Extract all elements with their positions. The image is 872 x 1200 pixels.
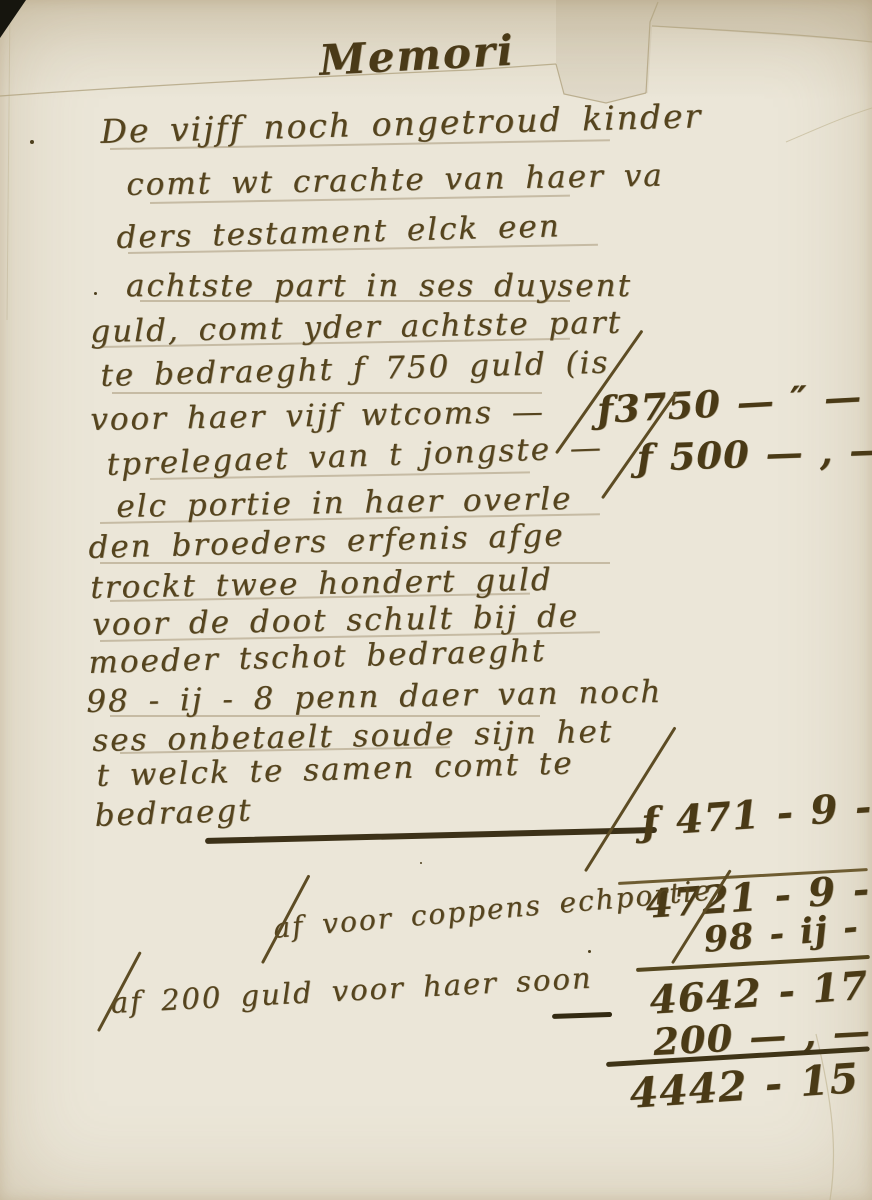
manuscript-line: te bedraeght ƒ 750 guld (is bbox=[100, 345, 610, 394]
ink-smear bbox=[110, 715, 540, 717]
ink-speck bbox=[94, 292, 97, 295]
amount-3750-guilders: ƒ3750 — ″ — bbox=[596, 374, 863, 432]
manuscript-line: achtste part in ses duysent bbox=[126, 268, 632, 304]
ink-speck bbox=[420, 862, 422, 864]
manuscript-line: comt wt crachte van haer va bbox=[126, 158, 664, 203]
deduction2-dash bbox=[552, 1012, 612, 1019]
manuscript-line: guld, comt yder achtste part bbox=[90, 305, 622, 350]
ink-speck bbox=[30, 140, 34, 144]
page-title: Memori bbox=[318, 26, 516, 85]
ink-smear bbox=[140, 300, 570, 302]
deduction1-label: af voor coppens echportie bbox=[272, 874, 713, 945]
ink-speck bbox=[588, 950, 591, 953]
amount-471-9: ƒ 471 - 9 - ″ bbox=[640, 781, 872, 845]
amount-500-guilders: ƒ 500 — , — bbox=[636, 427, 872, 480]
manuscript-scan: Memori De vijff noch ongetroud kinder co… bbox=[0, 0, 872, 1200]
deduction2-label: af 200 guld voor haer soon bbox=[110, 961, 593, 1020]
ink-smear bbox=[100, 562, 610, 564]
manuscript-line: den broeders erfenis afge bbox=[88, 518, 565, 566]
sum-rule-thick bbox=[205, 827, 657, 844]
ink-smear bbox=[112, 392, 542, 394]
manuscript-line: bedraegt bbox=[94, 792, 253, 833]
manuscript-line: voor haer vijf wtcoms — bbox=[90, 394, 545, 438]
backing-corner bbox=[0, 0, 26, 38]
manuscript-line: 98 - ij - 8 penn daer van noch bbox=[86, 674, 663, 720]
